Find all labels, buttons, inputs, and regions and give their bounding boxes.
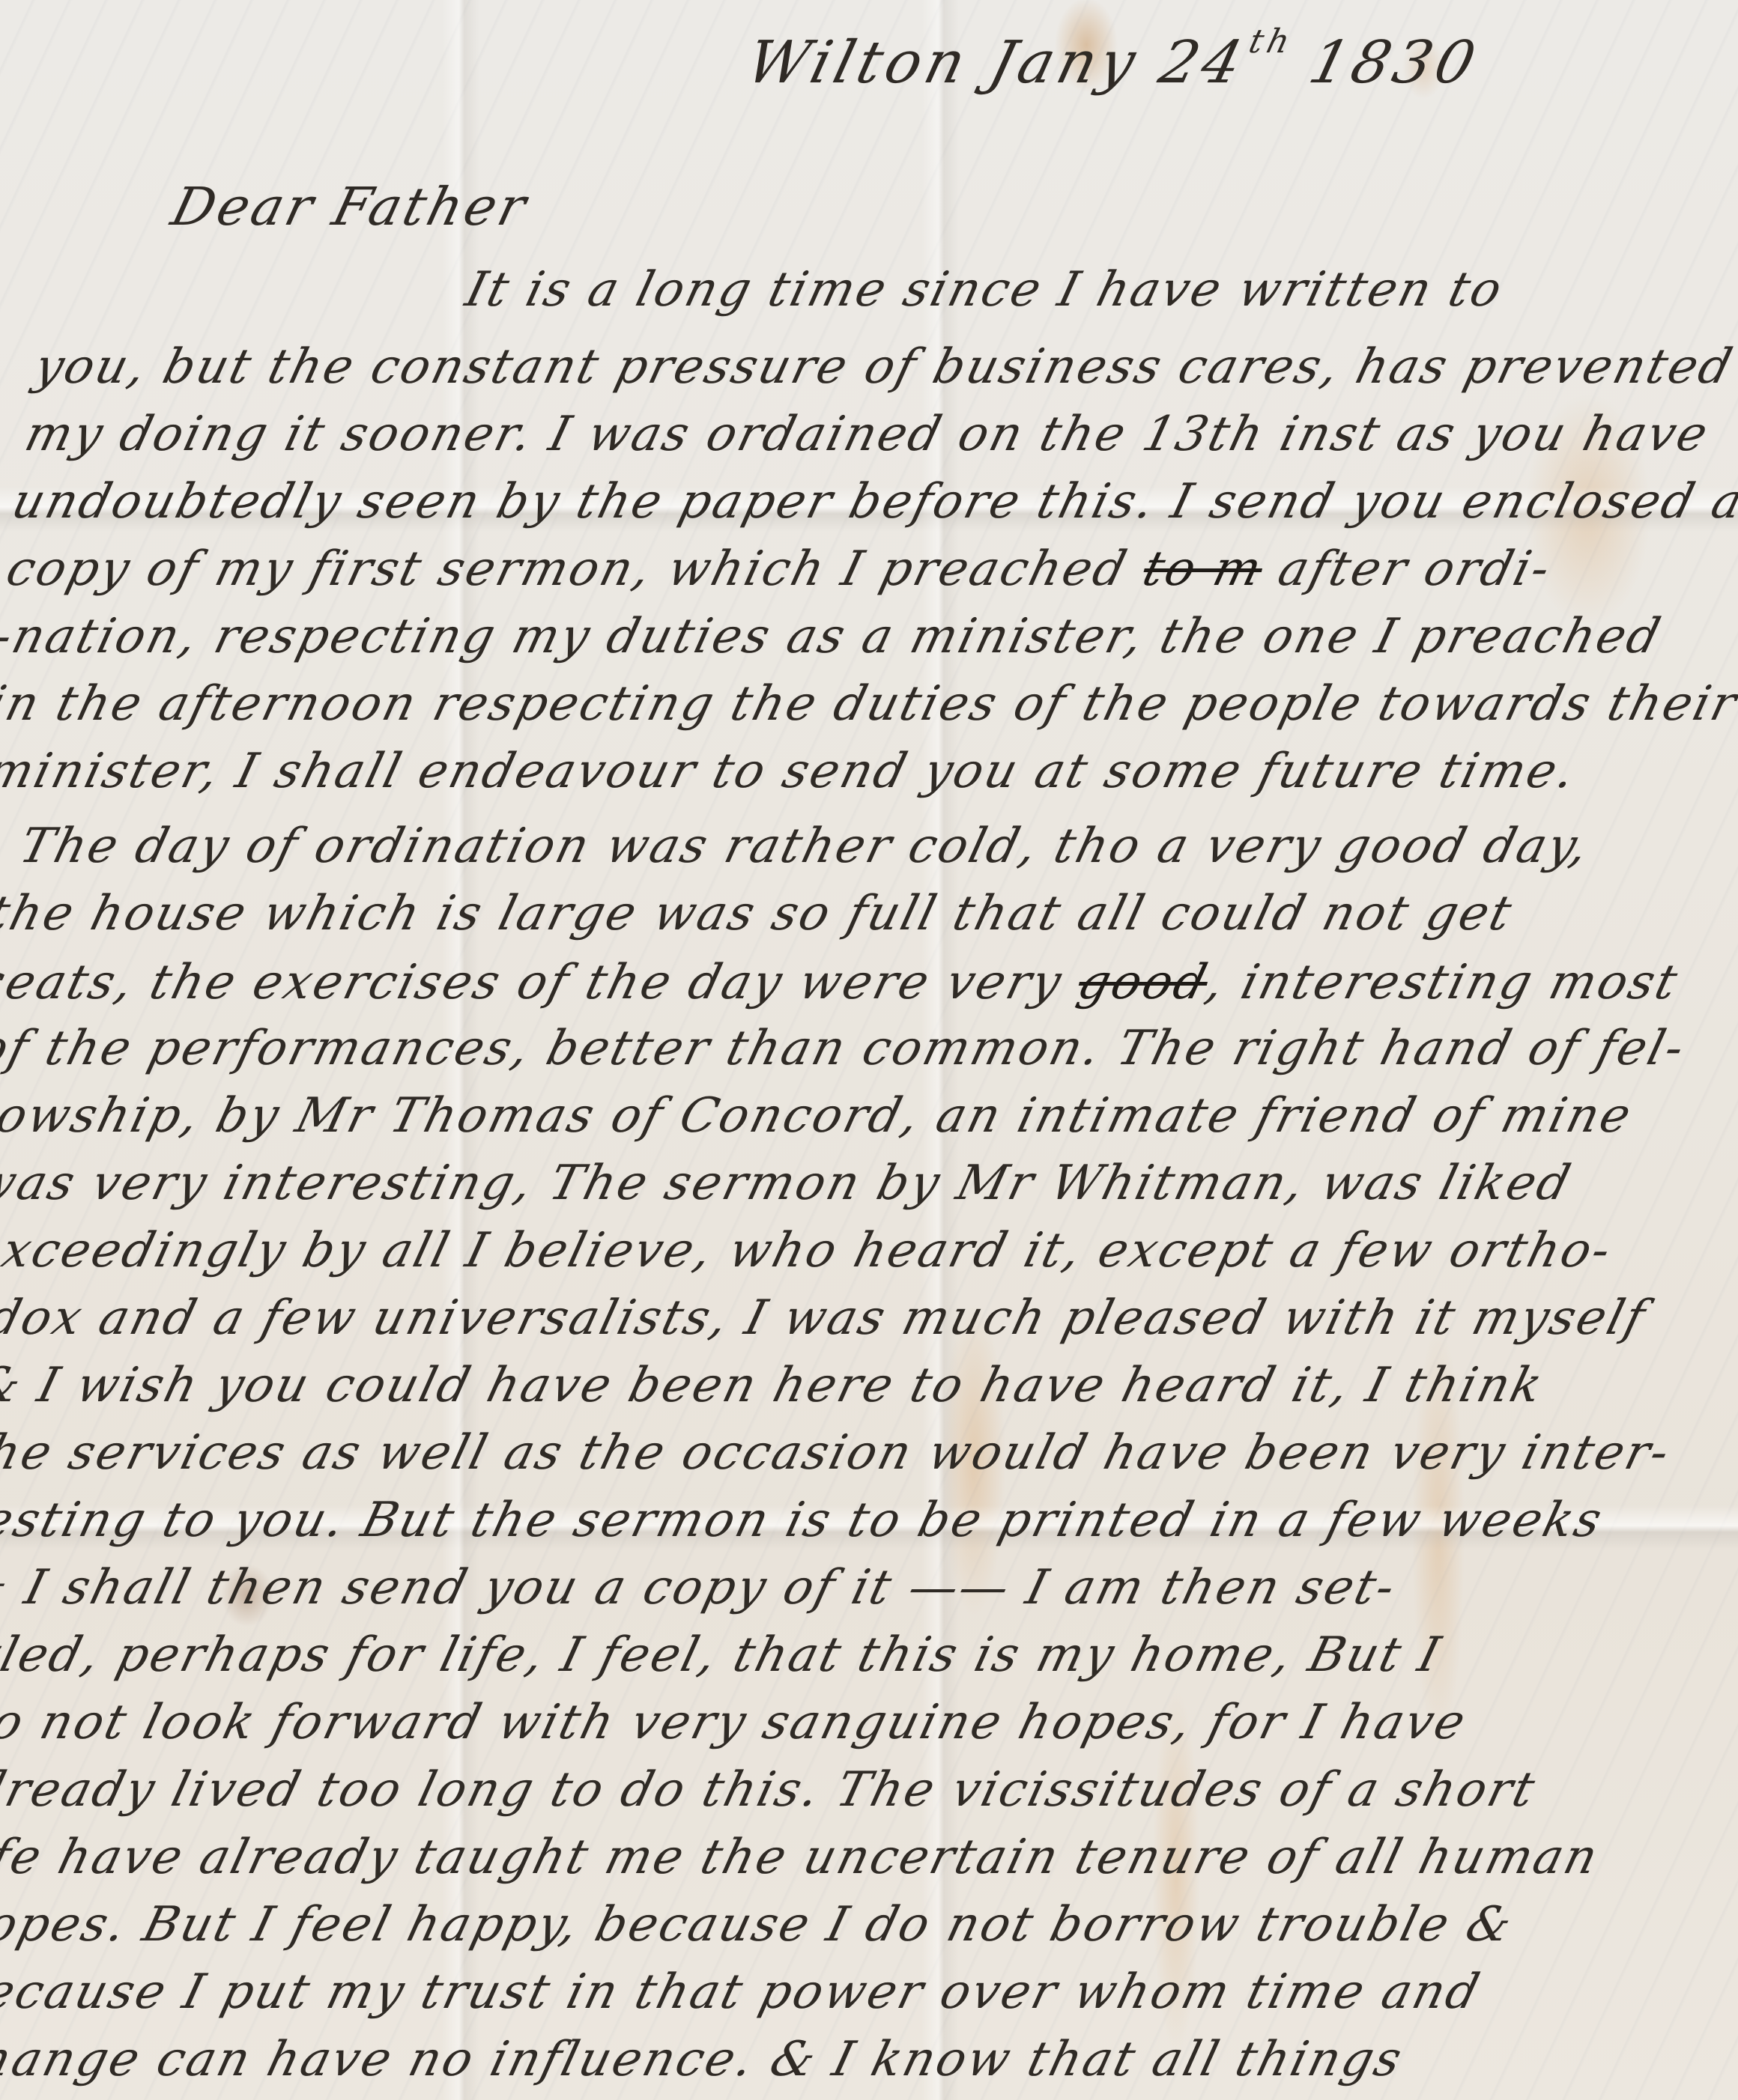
letter-line: change can have no influence. & I know t… <box>0 2036 1408 2084</box>
letter-line: exceedingly by all I believe, who heard … <box>0 1227 1617 1275</box>
letter-line: -lowship, by Mr Thomas of Concord, an in… <box>0 1092 1638 1140</box>
letter-line: -tled, perhaps for life, I feel, that th… <box>0 1631 1447 1679</box>
letter-line: -dox and a few universalists, I was much… <box>0 1294 1652 1342</box>
letter-line: hopes. But I feel happy, because I do no… <box>0 1901 1519 1949</box>
letter-line: It is a long time since I have written t… <box>461 266 1509 314</box>
letter-line: The day of ordination was rather cold, t… <box>15 822 1595 870</box>
letter-line: was very interesting, The sermon by Mr W… <box>0 1159 1577 1207</box>
letter-line: you, but the constant pressure of busine… <box>30 343 1738 391</box>
letter-line: & I wish you could have been here to hav… <box>0 1362 1548 1409</box>
day: 24 <box>1153 29 1253 97</box>
letter-line: undoubtedly seen by the paper before thi… <box>7 478 1738 526</box>
letter-line: the services as well as the occasion wou… <box>0 1429 1676 1477</box>
letter-line: the house which is large was so full tha… <box>0 890 1518 938</box>
letter-line: -esting to you. But the sermon is to be … <box>0 1496 1608 1544</box>
date-heading: Wilton Jany 24th 1830 <box>740 22 1488 97</box>
letter-line: already lived too long to do this. The v… <box>0 1766 1541 1814</box>
letter-line: & I shall then send you a copy of it —— … <box>0 1564 1402 1612</box>
day-suffix: th <box>1245 22 1298 61</box>
salutation: Dear Father <box>166 176 535 237</box>
letter-line: in the afternoon respecting the duties o… <box>0 680 1738 728</box>
letter-line: -nation, respecting my duties as a minis… <box>0 613 1667 661</box>
struck-text: to m <box>1137 541 1269 597</box>
letter-line: minister, I shall endeavour to send you … <box>0 747 1581 795</box>
letter-page: Wilton Jany 24th 1830 Dear Father It is … <box>0 0 1738 2100</box>
month: Jany <box>983 29 1147 97</box>
letter-body: Wilton Jany 24th 1830 Dear Father It is … <box>0 0 1738 2100</box>
letter-line: my doing it sooner. I was ordained on th… <box>20 410 1714 458</box>
letter-line: life have already taught me the uncertai… <box>0 1833 1604 1881</box>
letter-line: copy of my first sermon, which I preache… <box>2 545 1557 593</box>
letter-line: seats, the exercises of the day were ver… <box>0 959 1684 1007</box>
place-name: Wilton <box>740 29 977 97</box>
letter-line: do not look forward with very sanguine h… <box>0 1699 1472 1747</box>
year: 1830 <box>1303 29 1486 97</box>
letter-line: of the performances, better than common.… <box>0 1025 1691 1072</box>
struck-text: good <box>1073 955 1214 1010</box>
letter-line: because I put my trust in that power ove… <box>0 1968 1486 2016</box>
